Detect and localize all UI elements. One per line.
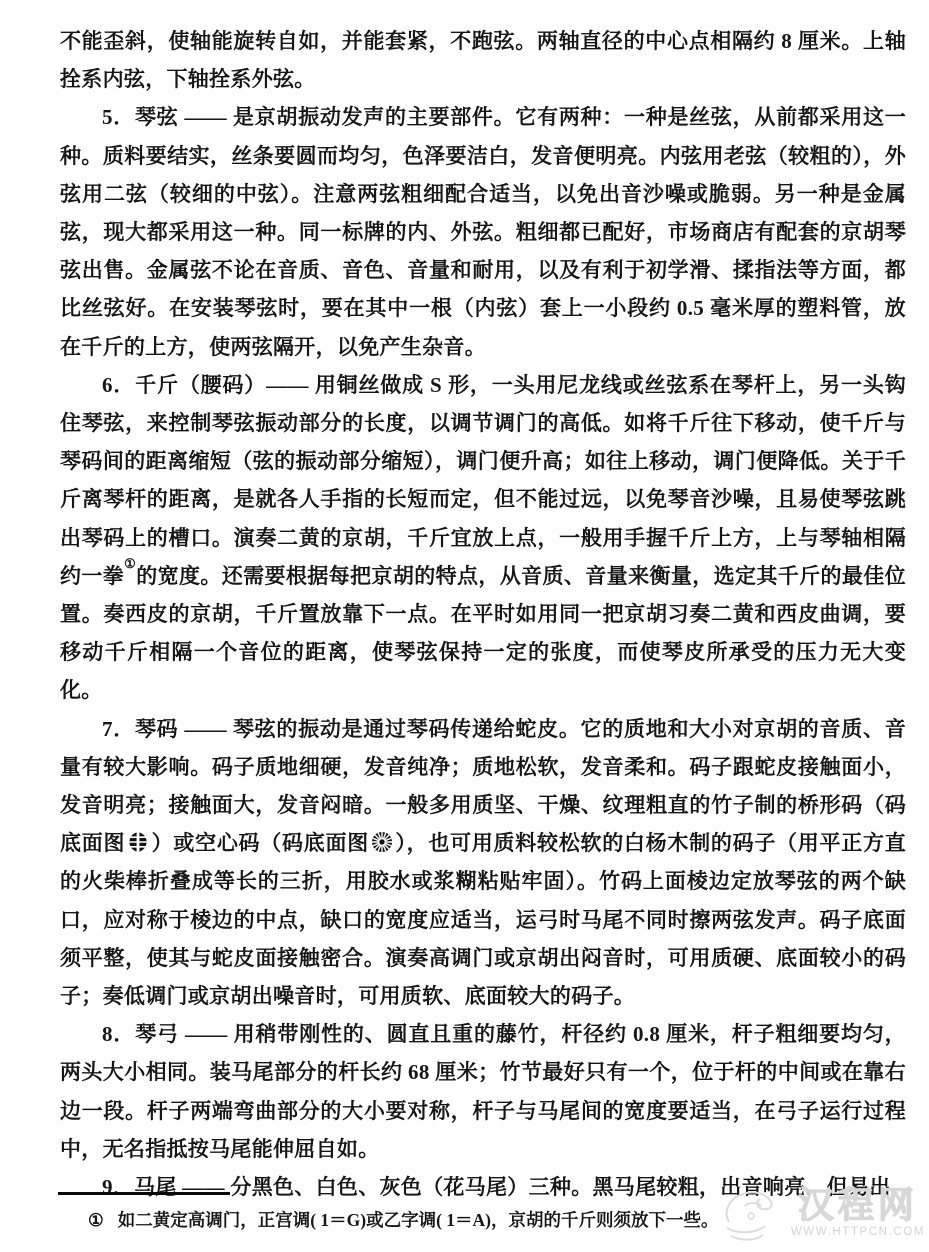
watermark-site-url: WWW.HTTPCN.COM [791,1226,925,1238]
paragraph-7-text-3: ），也可用质料较松软的白杨木制的码子（用平正方直的火柴棒折叠成等长的三折，用胶水… [60,831,906,1008]
footnote-1-text: 如二黄定高调门，正宫调( 1＝G)或乙字调( 1＝A)，京胡的千斤则须放下一些。 [118,1210,719,1230]
paragraph-7-text-2: ）或空心码（码底面图 [151,831,369,855]
footnote-reference-marker: ① [124,556,136,571]
bridge-bottom-striped-icon [126,830,150,854]
paragraph-8-bow: 8．琴弓 —— 用稍带刚性的、圆直且重的藤竹，杆径约 0.8 厘米，杆子粗细要均… [60,1015,906,1168]
paragraph-axles-continuation: 不能歪斜，使轴能旋转自如，并能套紧，不跑弦。两轴直径的中心点相隔约 8 厘米。上… [60,22,906,98]
paragraph-6-qianjin: 6．千斤（腰码）—— 用铜丝做成 S 形，一头用尼龙线或丝弦系在琴杆上，另一头钩… [60,366,906,710]
paragraph-7-bridge: 7．琴码 —— 琴弦的振动是通过琴码传递给蛇皮。它的质地和大小对京胡的音质、音量… [60,710,906,1016]
watermark-text: 汉程网 WWW.HTTPCN.COM [791,1186,925,1238]
watermark-site-name: 汉程网 [798,1186,918,1224]
scanned-book-page: { "page": { "background": "#ffffff", "te… [0,0,929,1252]
paragraph-5-strings: 5．琴弦 —— 是京胡振动发声的主要部件。它有两种：一种是丝弦，从前都采用这一种… [60,98,906,365]
watermark: 汉程网 WWW.HTTPCN.COM [715,1178,925,1246]
footnote-1-marker: ① [88,1210,104,1230]
httpcn-logo-icon [715,1178,787,1246]
bridge-bottom-spoked-icon [370,830,394,854]
paragraph-6-text-before-note: 6．千斤（腰码）—— 用铜丝做成 S 形，一头用尼龙线或丝弦系在琴杆上，另一头钩… [60,373,906,588]
paragraph-6-text-after-note: 的宽度。还需要根据每把京胡的特点，从音质、音量来衡量，选定其千斤的最佳位置。奏西… [60,564,906,703]
document-body: 不能歪斜，使轴能旋转自如，并能套紧，不跑弦。两轴直径的中心点相隔约 8 厘米。上… [60,22,906,1206]
footnote-divider [58,1192,230,1195]
